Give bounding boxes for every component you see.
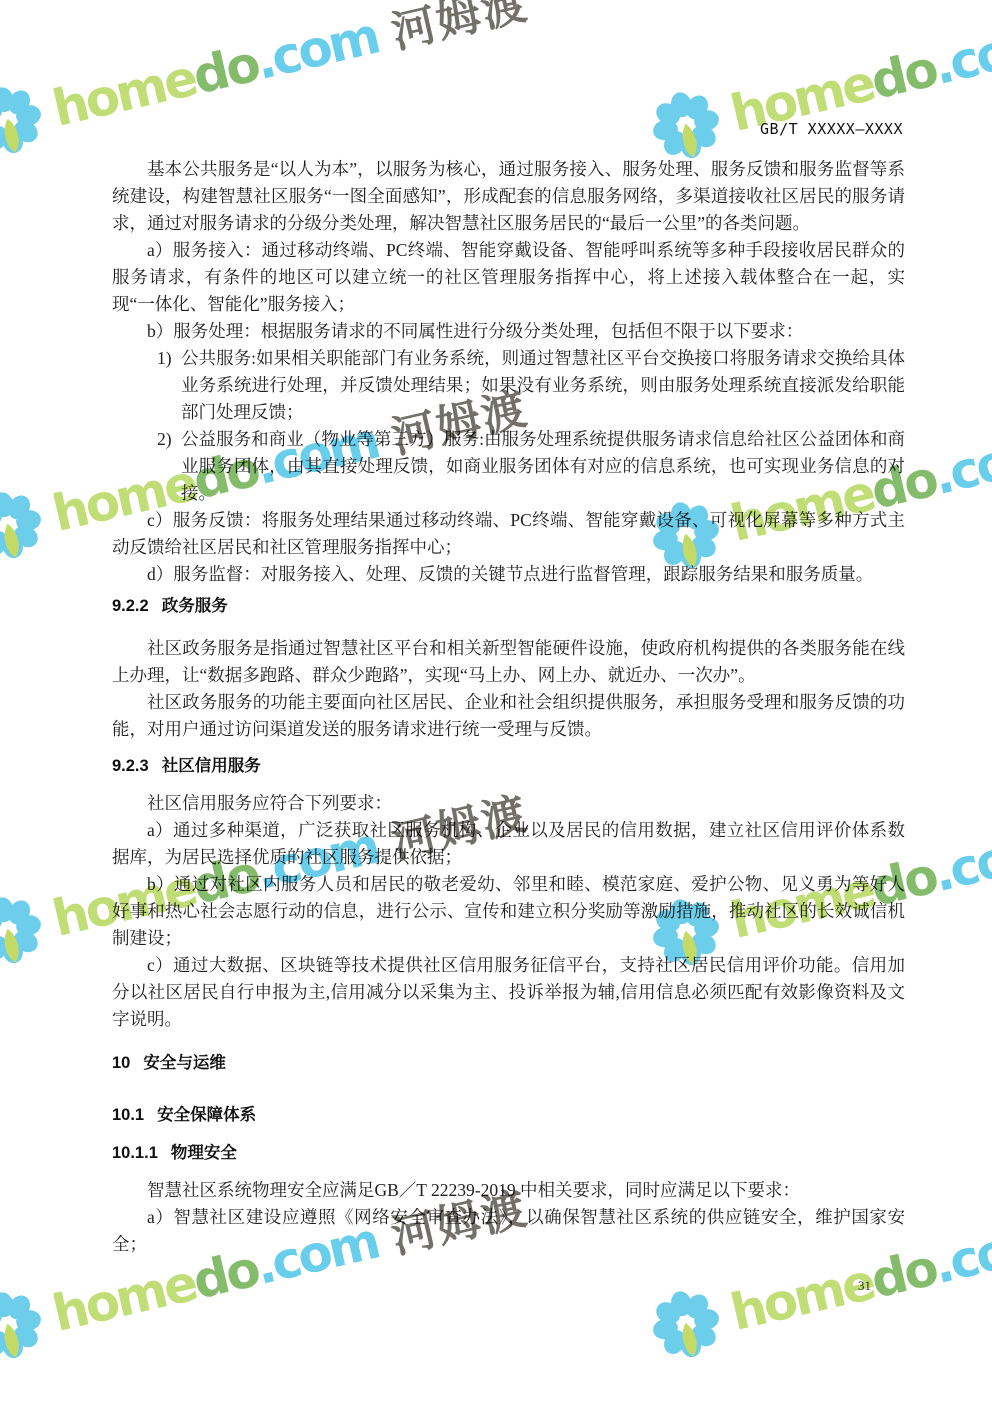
heading-title: 安全保障体系 <box>157 1102 256 1129</box>
wordmark-cn: 河姆渡 <box>387 0 533 59</box>
paragraph-intro: 基本公共服务是“以人为本”，以服务为核心，通过服务接入、服务处理、服务反馈和服务… <box>112 156 905 237</box>
wordmark-com: .com <box>928 12 992 96</box>
homedo-wordmark: homedo.com河姆渡 <box>726 0 992 139</box>
wordmark-do: do <box>188 35 264 106</box>
numbered-item-1: 1) 公共服务:如果相关职能部门有业务系统，则通过智慧社区平台交换接口将服务请求… <box>157 345 905 426</box>
homedo-watermark: homedo.com河姆渡 <box>639 0 992 172</box>
item-text: 公共服务:如果相关职能部门有业务系统，则通过智慧社区平台交换接口将服务请求交换给… <box>181 345 905 426</box>
heading-number: 10 <box>112 1050 130 1077</box>
heading-10-1: 10.1 安全保障体系 <box>112 1102 905 1129</box>
document-page: homedo.com河姆渡 homedo.com河姆渡 <box>0 0 992 1403</box>
heading-10: 10 安全与运维 <box>112 1050 905 1077</box>
wordmark-com: .com <box>250 7 383 91</box>
heading-number: 9.2.3 <box>112 753 149 780</box>
homedo-flower-icon <box>0 478 55 572</box>
wordmark-com: .com <box>928 819 992 903</box>
heading-9-2-3: 9.2.3 社区信用服务 <box>112 753 905 780</box>
list-item-b: b）服务处理：根据服务请求的不同属性进行分级分类处理，包括但不限于以下要求： <box>112 318 905 345</box>
paragraph-923-intro: 社区信用服务应符合下列要求： <box>112 790 905 817</box>
paragraph-922-1: 社区政务服务是指通过智慧社区平台和相关新型智能硬件设施，使政府机构提供的各类服务… <box>112 635 905 689</box>
wordmark-com: .com <box>928 1211 992 1295</box>
heading-title: 社区信用服务 <box>162 753 261 780</box>
paragraph-1011-intro: 智慧社区系统物理安全应满足GB／T 22239-2019 中相关要求，同时应满足… <box>112 1177 905 1204</box>
document-body: 基本公共服务是“以人为本”，以服务为核心，通过服务接入、服务处理、服务反馈和服务… <box>112 156 905 1258</box>
homedo-flower-icon <box>0 1278 55 1372</box>
wordmark-home: home <box>47 1254 200 1343</box>
heading-number: 9.2.2 <box>112 593 149 620</box>
page-number: 31 <box>858 1278 871 1294</box>
homedo-flower-icon <box>0 73 55 167</box>
paragraph-922-2: 社区政务服务的功能主要面向社区居民、企业和社会组织提供服务，承担服务受理和服务反… <box>112 689 905 743</box>
wordmark-home: home <box>725 1253 878 1342</box>
doc-code-header: GB/T XXXXX—XXXX <box>760 120 903 138</box>
heading-9-2-2: 9.2.2 政务服务 <box>112 593 905 620</box>
list-item-1011-a: a）智慧社区建设应遵照《网络安全审查办法》，以确保智慧社区系统的供应链安全，维护… <box>112 1204 905 1258</box>
homedo-wordmark: homedo.com河姆渡 <box>48 0 532 134</box>
wordmark-com: .com <box>928 422 992 506</box>
list-item-c: c）服务反馈：将服务处理结果通过移动终端、PC终端、智能穿戴设备、可视化屏幕等多… <box>112 507 905 561</box>
heading-number: 10.1 <box>112 1102 144 1129</box>
list-item-923-c: c）通过大数据、区块链等技术提供社区信用服务征信平台，支持社区居民信用评价功能。… <box>112 952 905 1033</box>
heading-number: 10.1.1 <box>112 1140 158 1167</box>
numbered-item-2: 2) 公益服务和商业（物业等第三方）服务:由服务处理系统提供服务请求信息给社区公… <box>157 426 905 507</box>
item-text: 公益服务和商业（物业等第三方）服务:由服务处理系统提供服务请求信息给社区公益团体… <box>181 426 905 507</box>
list-item-d: d）服务监督：对服务接入、处理、反馈的关键节点进行监督管理，跟踪服务结果和服务质… <box>112 561 905 588</box>
wordmark-home: home <box>47 49 200 138</box>
homedo-flower-icon <box>0 883 55 977</box>
homedo-watermark: homedo.com河姆渡 <box>0 0 535 167</box>
list-item-923-b: b）通过对社区内服务人员和居民的敬老爱幼、邻里和睦、模范家庭、爱护公物、见义勇为… <box>112 871 905 952</box>
homedo-flower-icon <box>639 1277 733 1371</box>
list-item-923-a: a）通过多种渠道，广泛获取社区服务机构、企业以及居民的信用数据，建立社区信用评价… <box>112 817 905 871</box>
item-marker: 1) <box>157 345 181 426</box>
heading-title: 政务服务 <box>162 593 228 620</box>
heading-10-1-1: 10.1.1 物理安全 <box>112 1140 905 1167</box>
item-marker: 2) <box>157 426 181 507</box>
wordmark-do: do <box>866 40 942 111</box>
heading-title: 安全与运维 <box>143 1050 226 1077</box>
list-item-a: a）服务接入：通过移动终端、PC终端、智能穿戴设备、智能呼叫系统等多种手段接收居… <box>112 237 905 318</box>
heading-title: 物理安全 <box>171 1140 237 1167</box>
